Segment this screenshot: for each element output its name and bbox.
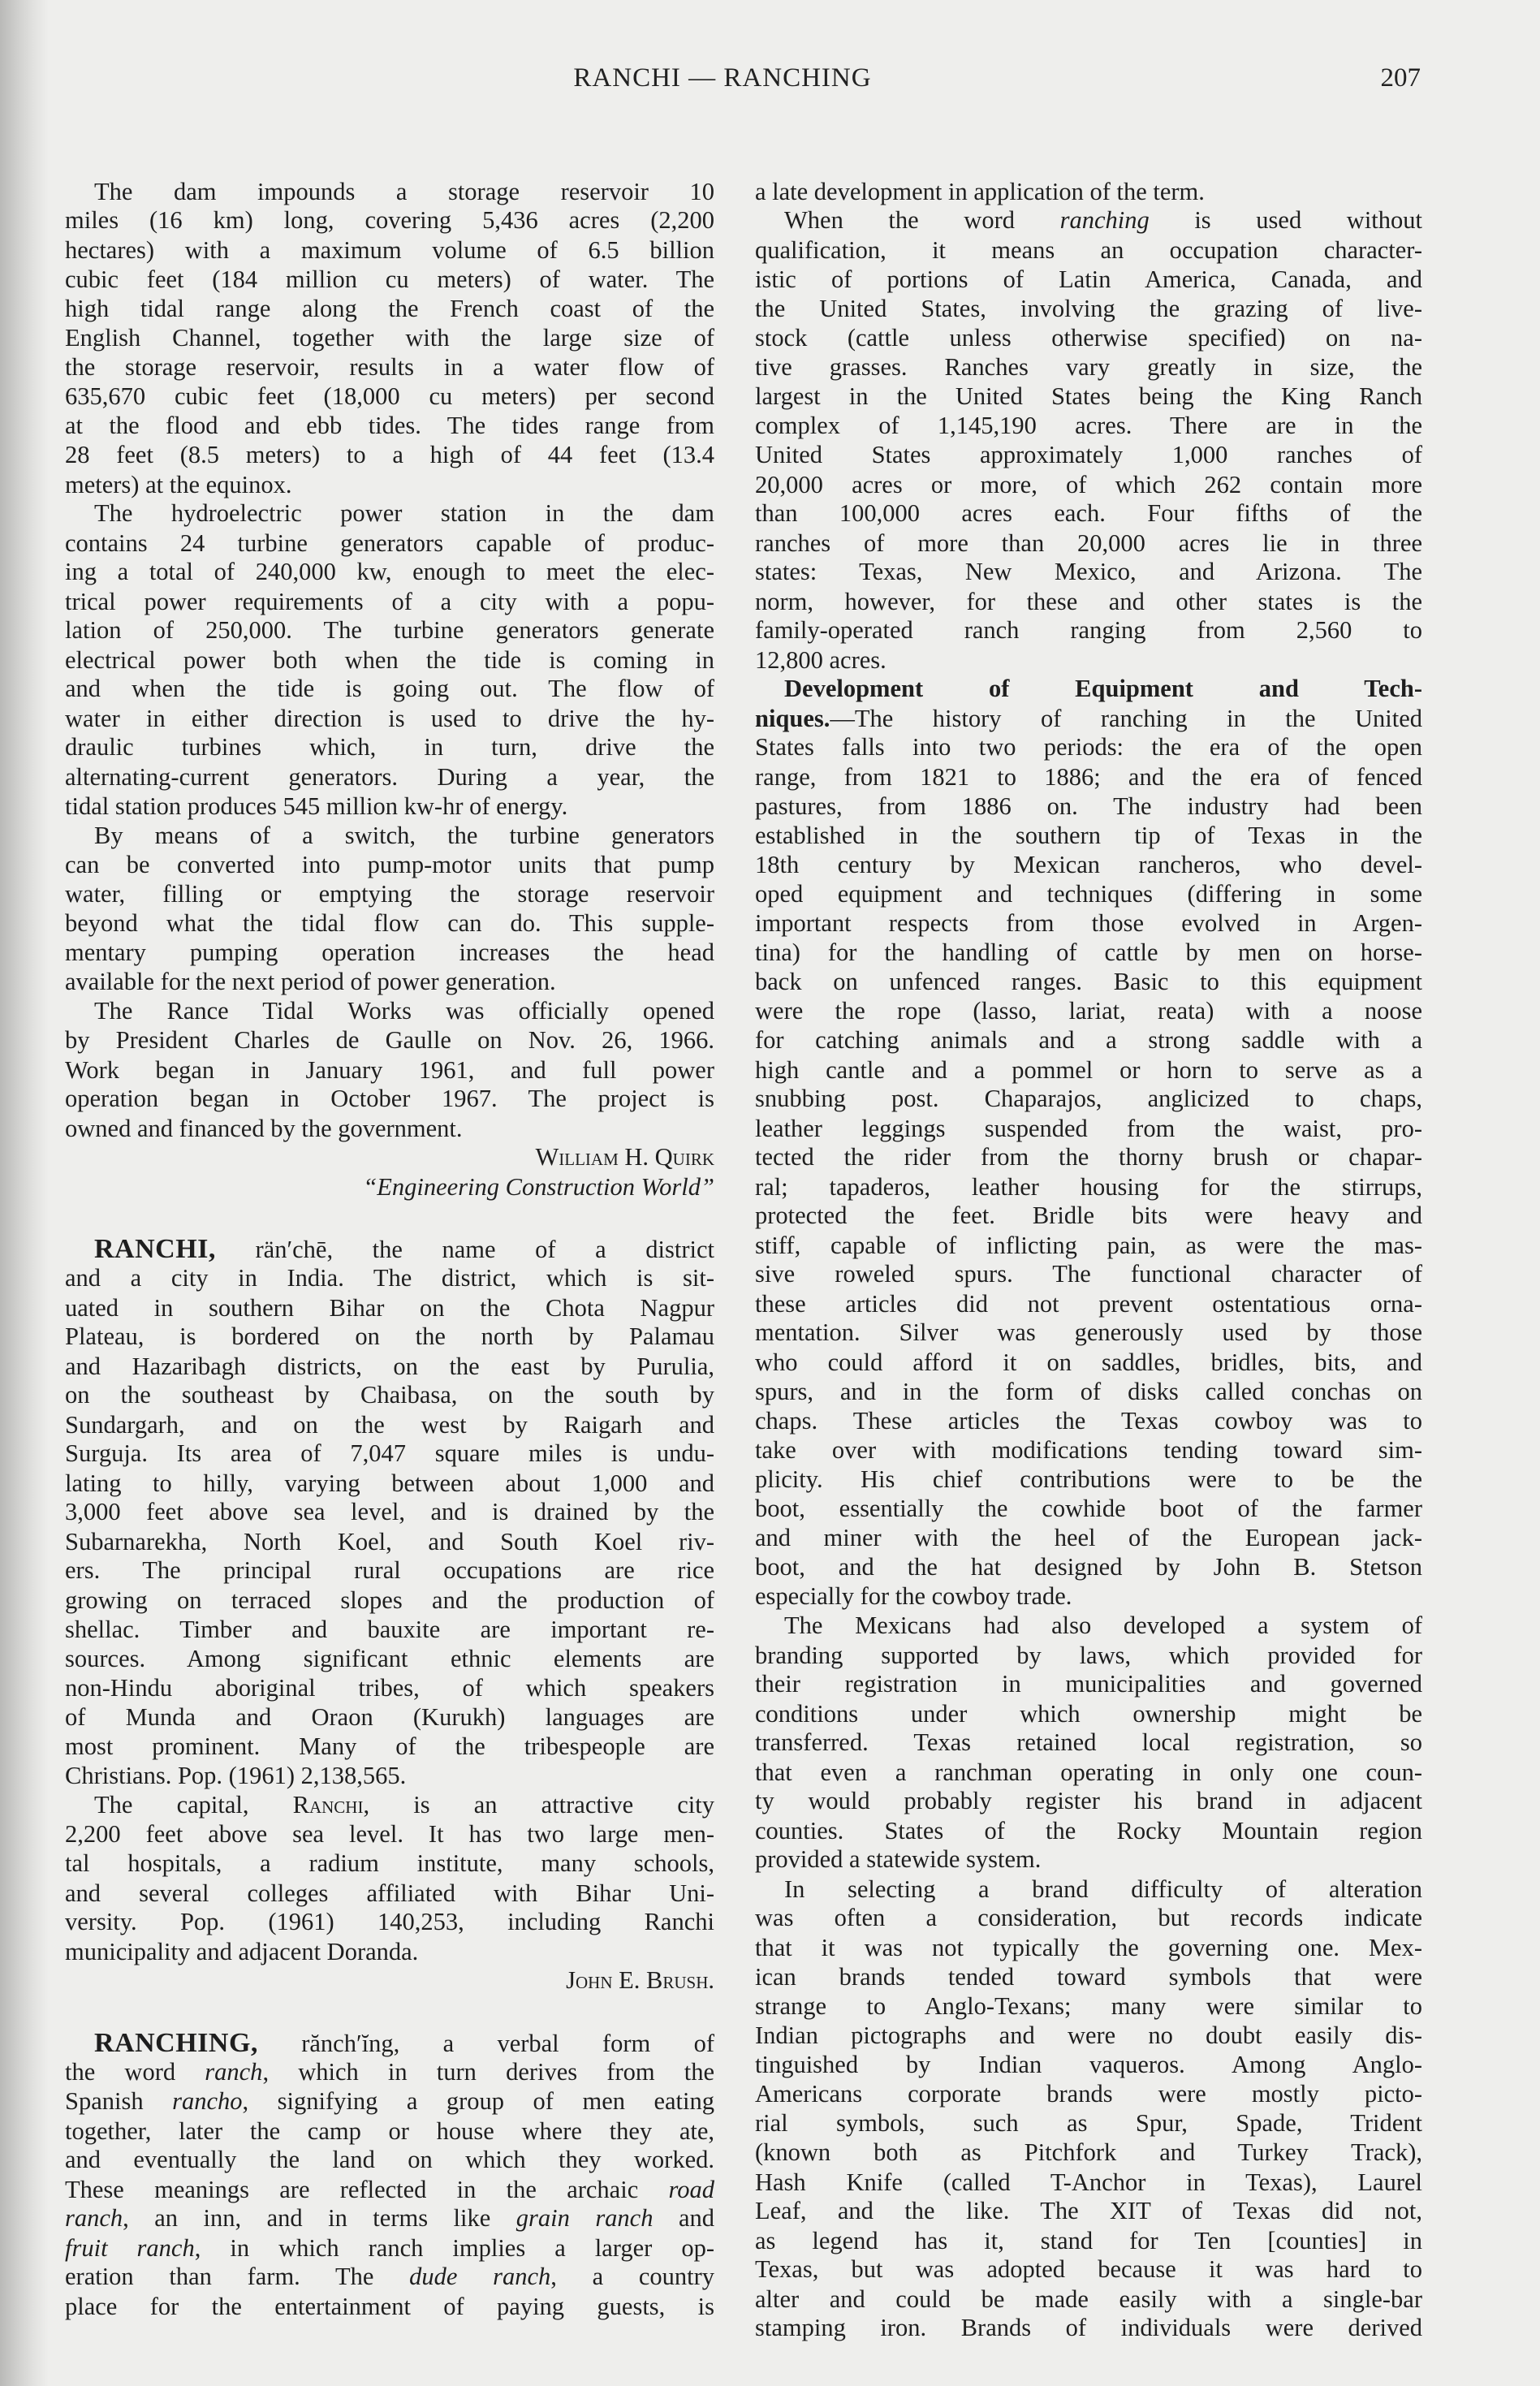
text-run: strange to Anglo-Texans; many were simil… bbox=[755, 1992, 1422, 2020]
text-run: branding supported by laws, which provid… bbox=[755, 1642, 1422, 1669]
tidal-works-line: high tidal range along the French coast … bbox=[65, 296, 714, 322]
ranching-line: ty would probably register his brand in … bbox=[755, 1788, 1422, 1814]
ranching-line: the United States, involving the grazing… bbox=[755, 296, 1422, 322]
ranching-headword: RANCHING, bbox=[94, 2028, 258, 2058]
text-run: —The history of ranching in the United bbox=[830, 705, 1422, 732]
ranching-line: boot, and the hat designed by John B. St… bbox=[755, 1555, 1422, 1581]
ranchi-line: Surguja. Its area of 7,047 square miles … bbox=[65, 1441, 714, 1467]
text-run: 12,800 acres. bbox=[755, 646, 886, 674]
text-run: , which in turn derives from the bbox=[262, 2058, 714, 2086]
subheading-development-equipment: niques. bbox=[755, 705, 830, 732]
text-run: , a country bbox=[550, 2263, 714, 2290]
ranching-line: ranch, an inn, and in terms like grain r… bbox=[65, 2206, 714, 2232]
ranching-line: States falls into two periods: the era o… bbox=[755, 735, 1422, 761]
tidal-works-line: beyond what the tidal flow can do. This … bbox=[65, 911, 714, 937]
author-name: William H. Quirk bbox=[535, 1143, 714, 1171]
ranching-line: tected the rider from the thorny brush o… bbox=[755, 1145, 1422, 1171]
tidal-works-line: operation began in October 1967. The pro… bbox=[65, 1086, 714, 1112]
text-run: alter and could be made easily with a si… bbox=[755, 2285, 1422, 2313]
ranching-line: that it was not typically the governing … bbox=[755, 1935, 1422, 1961]
text-run: pastures, from 1886 on. The industry had… bbox=[755, 792, 1422, 820]
text-run: stock (cattle unless otherwise specified… bbox=[755, 324, 1422, 352]
text-run: , signifying a group of men eating bbox=[243, 2087, 714, 2115]
text-run: that it was not typically the governing … bbox=[755, 1934, 1422, 1961]
ranchi-capital-line: municipality and adjacent Doranda. bbox=[65, 1939, 714, 1965]
author-signature-brush: John E. Brush. bbox=[65, 1968, 714, 1994]
ranching-line: (known both as Pitchfork and Turkey Trac… bbox=[755, 2140, 1422, 2166]
ranching-line: 12,800 acres. bbox=[755, 648, 1422, 674]
text-run: tinguished by Indian vaqueros. Among Ang… bbox=[755, 2051, 1422, 2078]
ranching-line: boot, essentially the cowhide boot of th… bbox=[755, 1496, 1422, 1522]
tidal-works-line: at the flood and ebb tides. The tides ra… bbox=[65, 413, 714, 439]
tidal-works-line: hectares) with a maximum volume of 6.5 b… bbox=[65, 238, 714, 264]
ranching-line: The Mexicans had also developed a system… bbox=[755, 1613, 1422, 1639]
ranching-line: range, from 1821 to 1886; and the era of… bbox=[755, 765, 1422, 791]
text-run: The capital, bbox=[94, 1791, 293, 1819]
text-run: Indian pictographs and were no doubt eas… bbox=[755, 2021, 1422, 2049]
text-run: who could afford it on saddles, bridles,… bbox=[755, 1348, 1422, 1376]
text-run: spurs, and in the form of disks called c… bbox=[755, 1378, 1422, 1405]
ranchi-line: and a city in India. The district, which… bbox=[65, 1266, 714, 1292]
source-title: “Engineering Construction World” bbox=[363, 1173, 714, 1201]
ranching-line: important respects from those evolved in… bbox=[755, 911, 1422, 937]
ranching-line: than 100,000 acres each. Four fifths of … bbox=[755, 501, 1422, 527]
ranching-line: branding supported by laws, which provid… bbox=[755, 1643, 1422, 1669]
city-name-smallcaps: Ranchi, bbox=[293, 1791, 369, 1819]
text-run: tive grasses. Ranches vary greatly in si… bbox=[755, 353, 1422, 381]
ranching-line: tinguished by Indian vaqueros. Among Ang… bbox=[755, 2052, 1422, 2078]
ranchi-line: uated in southern Bihar on the Chota Nag… bbox=[65, 1296, 714, 1322]
tidal-works-line: By means of a switch, the turbine genera… bbox=[65, 823, 714, 849]
text-run: Hash Knife (called T-Anchor in Texas), L… bbox=[755, 2168, 1422, 2196]
tidal-works-line: the storage reservoir, results in a wate… bbox=[65, 355, 714, 381]
text-run: and miner with the heel of the European … bbox=[755, 1524, 1422, 1551]
ranchi-line: Sundargarh, and on the west by Raigarh a… bbox=[65, 1413, 714, 1439]
text-run: were the rope (lasso, lariat, reata) wit… bbox=[755, 997, 1422, 1025]
ranchi-capital-line: versity. Pop. (1961) 140,253, including … bbox=[65, 1909, 714, 1935]
text-run: grain ranch bbox=[516, 2204, 654, 2232]
text-run: that even a ranchman operating in only o… bbox=[755, 1758, 1422, 1786]
text-run: dude ranch bbox=[409, 2263, 550, 2290]
tidal-works-line: can be converted into pump-motor units t… bbox=[65, 852, 714, 878]
text-run: stamping iron. Brands of individuals wer… bbox=[755, 2314, 1422, 2341]
ranching-line: Spanish rancho, signifying a group of me… bbox=[65, 2089, 714, 2115]
ranching-line: was often a consideration, but records i… bbox=[755, 1905, 1422, 1931]
tidal-works-line: electrical power both when the tide is c… bbox=[65, 648, 714, 674]
author-signature-quirk: William H. Quirk bbox=[65, 1145, 714, 1171]
section-subheading-line: Development of Equipment and Tech- bbox=[755, 676, 1422, 702]
tidal-works-line: 28 feet (8.5 meters) to a high of 44 fee… bbox=[65, 442, 714, 468]
ranchi-capital-line: 2,200 feet above sea level. It has two l… bbox=[65, 1822, 714, 1848]
tidal-works-line: by President Charles de Gaulle on Nov. 2… bbox=[65, 1028, 714, 1054]
text-run: is an attractive city bbox=[369, 1791, 714, 1819]
ranching-line: leather leggings suspended from the wais… bbox=[755, 1116, 1422, 1142]
ranchi-line: 3,000 feet above sea level, and is drain… bbox=[65, 1499, 714, 1525]
ranching-line: and eventually the land on which they wo… bbox=[65, 2147, 714, 2173]
text-run: counties. States of the Rocky Mountain r… bbox=[755, 1817, 1422, 1845]
text-run: Texas, but was adopted because it was ha… bbox=[755, 2255, 1422, 2283]
ranching-line: Americans corporate brands were mostly p… bbox=[755, 2082, 1422, 2108]
ranchi-line: sources. Among significant ethnic elemen… bbox=[65, 1646, 714, 1672]
text-run: ican brands tended toward symbols that w… bbox=[755, 1963, 1422, 1991]
ranching-line: especially for the cowboy trade. bbox=[755, 1584, 1422, 1610]
ranching-line: oped equipment and techniques (differing… bbox=[755, 882, 1422, 908]
ranching-line: back on unfenced ranges. Basic to this e… bbox=[755, 969, 1422, 995]
tidal-works-line: Work began in January 1961, and full pow… bbox=[65, 1058, 714, 1084]
text-run: stiff, capable of inflicting pain, as we… bbox=[755, 1232, 1422, 1259]
tidal-works-line: owned and financed by the government. bbox=[65, 1116, 714, 1142]
text-run: , an inn, and in terms like bbox=[123, 2204, 516, 2232]
text-run: road bbox=[669, 2176, 715, 2203]
ranching-line: established in the southern tip of Texas… bbox=[755, 823, 1422, 849]
text-run: especially for the cowboy trade. bbox=[755, 1582, 1072, 1610]
text-run: In selecting a brand difficulty of alter… bbox=[784, 1875, 1422, 1903]
ranchi-line: Plateau, is bordered on the north by Pal… bbox=[65, 1324, 714, 1350]
text-run: largest in the United States being the K… bbox=[755, 382, 1422, 410]
text-run: , in which ranch implies a larger op- bbox=[195, 2234, 714, 2262]
text-run: istic of portions of Latin America, Cana… bbox=[755, 265, 1422, 293]
text-run: 20,000 acres or more, of which 262 conta… bbox=[755, 471, 1422, 498]
tidal-works-line: English Channel, together with the large… bbox=[65, 326, 714, 352]
tidal-works-line: contains 24 turbine generators capable o… bbox=[65, 531, 714, 557]
text-run: back on unfenced ranges. Basic to this e… bbox=[755, 968, 1422, 995]
ranching-line: the word ranch, which in turn derives fr… bbox=[65, 2060, 714, 2086]
tidal-works-line: lation of 250,000. The turbine generator… bbox=[65, 618, 714, 644]
ranching-line: pastures, from 1886 on. The industry had… bbox=[755, 794, 1422, 820]
ranching-line: conditions under which ownership might b… bbox=[755, 1702, 1422, 1728]
text-run: high cantle and a pommel or horn to serv… bbox=[755, 1056, 1422, 1084]
text-run: for catching animals and a strong saddle… bbox=[755, 1026, 1422, 1054]
text-run: conditions under which ownership might b… bbox=[755, 1700, 1422, 1728]
text-run: ty would probably register his brand in … bbox=[755, 1787, 1422, 1814]
text-run: leather leggings suspended from the wais… bbox=[755, 1115, 1422, 1142]
text-run: United States approximately 1,000 ranche… bbox=[755, 441, 1422, 468]
ranching-line: Texas, but was adopted because it was ha… bbox=[755, 2257, 1422, 2283]
text-run: family-operated ranch ranging from 2,560… bbox=[755, 616, 1422, 644]
text-run: a late development in application of the… bbox=[755, 178, 1205, 205]
ranchi-line: Christians. Pop. (1961) 2,138,565. bbox=[65, 1763, 714, 1789]
tidal-works-line: water in either direction is used to dri… bbox=[65, 706, 714, 732]
ranching-line: family-operated ranch ranging from 2,560… bbox=[755, 618, 1422, 644]
ranchi-line: shellac. Timber and bauxite are importan… bbox=[65, 1617, 714, 1643]
text-run: sive roweled spurs. The functional chara… bbox=[755, 1260, 1422, 1288]
ranching-line: rial symbols, such as Spur, Spade, Tride… bbox=[755, 2111, 1422, 2137]
text-run: mentation. Silver was generously used by… bbox=[755, 1318, 1422, 1346]
text-run: important respects from those evolved in… bbox=[755, 909, 1422, 937]
ranching-line: 18th century by Mexican rancheros, who d… bbox=[755, 852, 1422, 878]
text-run: provided a statewide system. bbox=[755, 1845, 1041, 1873]
text-run: the word bbox=[65, 2058, 205, 2086]
text-run: oped equipment and techniques (differing… bbox=[755, 880, 1422, 908]
text-run: is used without bbox=[1150, 206, 1422, 234]
tidal-works-line: The dam impounds a storage reservoir 10 bbox=[65, 179, 714, 205]
section-subheading-line: niques.—The history of ranching in the U… bbox=[755, 706, 1422, 732]
text-run: transferred. Texas retained local regist… bbox=[755, 1728, 1422, 1756]
ranching-line: together, later the camp or house where … bbox=[65, 2119, 714, 2145]
text-run: chaps. These articles the Texas cowboy w… bbox=[755, 1407, 1422, 1435]
ranchi-line: non-Hindu aboriginal tribes, of which sp… bbox=[65, 1676, 714, 1702]
ranchi-capital-line: and several colleges affiliated with Bih… bbox=[65, 1881, 714, 1907]
text-run: When the word bbox=[784, 206, 1060, 234]
text-run: take over with modifications tending tow… bbox=[755, 1436, 1422, 1464]
binding-shadow bbox=[0, 0, 49, 2386]
tidal-works-line: water, filling or emptying the storage r… bbox=[65, 882, 714, 908]
text-run: established in the southern tip of Texas… bbox=[755, 822, 1422, 849]
ranching-line: strange to Anglo-Texans; many were simil… bbox=[755, 1994, 1422, 2020]
ranching-line: When the word ranching is used without bbox=[755, 208, 1422, 234]
subheading-development-equipment: Development of Equipment and Tech- bbox=[784, 675, 1422, 702]
ranchi-headword: RANCHI, bbox=[94, 1234, 216, 1264]
tidal-works-line: miles (16 km) long, covering 5,436 acres… bbox=[65, 208, 714, 234]
ranching-line: eration than farm. The dude ranch, a cou… bbox=[65, 2264, 714, 2290]
ranchi-line: of Munda and Oraon (Kurukh) languages ar… bbox=[65, 1705, 714, 1731]
text-run: snubbing post. Chaparajos, anglicized to… bbox=[755, 1085, 1422, 1112]
ranching-line: qualification, it means an occupation ch… bbox=[755, 238, 1422, 264]
text-run: range, from 1821 to 1886; and the era of… bbox=[755, 763, 1422, 791]
ranching-line: who could afford it on saddles, bridles,… bbox=[755, 1350, 1422, 1376]
ranching-line: ral; tapaderos, leather housing for the … bbox=[755, 1175, 1422, 1201]
ranchi-line: lating to hilly, varying between about 1… bbox=[65, 1471, 714, 1497]
tidal-works-line: alternating-current generators. During a… bbox=[65, 765, 714, 791]
ranching-line: chaps. These articles the Texas cowboy w… bbox=[755, 1409, 1422, 1435]
ranching-line: Indian pictographs and were no doubt eas… bbox=[755, 2023, 1422, 2049]
tidal-works-line: meters) at the equinox. bbox=[65, 472, 714, 498]
ranching-line: as legend has it, stand for Ten [countie… bbox=[755, 2229, 1422, 2254]
text-run: protected the feet. Bridle bits were hea… bbox=[755, 1202, 1422, 1229]
text-run: ral; tapaderos, leather housing for the … bbox=[755, 1173, 1422, 1201]
ranching-line: tive grasses. Ranches vary greatly in si… bbox=[755, 355, 1422, 381]
ranching-line: and miner with the heel of the European … bbox=[755, 1525, 1422, 1551]
tidal-works-line: draulic turbines which, in turn, drive t… bbox=[65, 735, 714, 761]
ranching-line: stamping iron. Brands of individuals wer… bbox=[755, 2315, 1422, 2341]
ranching-pronunciation: rănch′ĭng, bbox=[258, 2030, 443, 2057]
tidal-works-line: cubic feet (184 million cu meters) of wa… bbox=[65, 267, 714, 293]
ranching-line: counties. States of the Rocky Mountain r… bbox=[755, 1819, 1422, 1845]
text-run: their registration in municipalities and… bbox=[755, 1670, 1422, 1698]
ranching-line: protected the feet. Bridle bits were hea… bbox=[755, 1203, 1422, 1229]
ranching-line: high cantle and a pommel or horn to serv… bbox=[755, 1058, 1422, 1084]
page-number: 207 bbox=[1348, 63, 1421, 93]
text-run: boot, essentially the cowhide boot of th… bbox=[755, 1495, 1422, 1522]
ranchi-pronunciation: rän′chē, bbox=[216, 1236, 373, 1263]
text-run: The Mexicans had also developed a system… bbox=[784, 1612, 1422, 1639]
text-run: norm, however, for these and other state… bbox=[755, 588, 1422, 615]
text-run: States falls into two periods: the era o… bbox=[755, 733, 1422, 761]
text-run: rial symbols, such as Spur, Spade, Tride… bbox=[755, 2109, 1422, 2137]
author-name: John E. Brush. bbox=[566, 1966, 714, 1994]
text-run: and eventually the land on which they wo… bbox=[65, 2146, 714, 2173]
tidal-works-line: and when the tide is going out. The flow… bbox=[65, 676, 714, 702]
tidal-works-line: trical power requirements of a city with… bbox=[65, 589, 714, 615]
ranching-line: United States approximately 1,000 ranche… bbox=[755, 442, 1422, 468]
text-run: and bbox=[653, 2204, 714, 2232]
ranching-line: Leaf, and the like. The XIT of Texas did… bbox=[755, 2198, 1422, 2224]
ranchi-line: on the southeast by Chaibasa, on the sou… bbox=[65, 1383, 714, 1409]
ranching-line: istic of portions of Latin America, Cana… bbox=[755, 267, 1422, 293]
tidal-works-line: The hydroelectric power station in the d… bbox=[65, 501, 714, 527]
text-run: ranch bbox=[65, 2204, 123, 2232]
tidal-works-line: available for the next period of power g… bbox=[65, 969, 714, 995]
text-run: 18th century by Mexican rancheros, who d… bbox=[755, 851, 1422, 878]
ranching-line: ranches of more than 20,000 acres lie in… bbox=[755, 531, 1422, 557]
ranching-line: spurs, and in the form of disks called c… bbox=[755, 1379, 1422, 1405]
tidal-works-line: mentary pumping operation increases the … bbox=[65, 940, 714, 966]
text-run: states: Texas, New Mexico, and Arizona. … bbox=[755, 558, 1422, 585]
ranching-line: sive roweled spurs. The functional chara… bbox=[755, 1262, 1422, 1288]
text-run: Leaf, and the like. The XIT of Texas did… bbox=[755, 2197, 1422, 2224]
text-run: ranching bbox=[1060, 206, 1150, 234]
ranching-line: take over with modifications tending tow… bbox=[755, 1438, 1422, 1464]
ranching-line: complex of 1,145,190 acres. There are in… bbox=[755, 413, 1422, 439]
text-run: tina) for the handling of cattle by men … bbox=[755, 938, 1422, 966]
ranchi-line: ers. The principal rural occupations are… bbox=[65, 1558, 714, 1584]
text-run: the United States, involving the grazing… bbox=[755, 295, 1422, 322]
ranchi-line: and Hazaribagh districts, on the east by… bbox=[65, 1354, 714, 1380]
tidal-works-line: 635,670 cubic feet (18,000 cu meters) pe… bbox=[65, 384, 714, 410]
running-head: RANCHI — RANCHING bbox=[455, 63, 990, 93]
ranchi-capital-first-line: The capital, Ranchi, is an attractive ci… bbox=[65, 1793, 714, 1819]
text-run: rancho bbox=[172, 2087, 242, 2115]
ranching-line: plicity. His chief contributions were to… bbox=[755, 1467, 1422, 1493]
text-run: plicity. His chief contributions were to… bbox=[755, 1465, 1422, 1493]
text-run: than 100,000 acres each. Four fifths of … bbox=[755, 499, 1422, 527]
text-run: These meanings are reflected in the arch… bbox=[65, 2176, 669, 2203]
text-run: qualification, it means an occupation ch… bbox=[755, 236, 1422, 264]
ranchi-capital-line: tal hospitals, a radium institute, many … bbox=[65, 1851, 714, 1877]
text-run: the name of a district bbox=[373, 1236, 714, 1263]
ranchi-line: growing on terraced slopes and the produ… bbox=[65, 1588, 714, 1614]
ranching-line: mentation. Silver was generously used by… bbox=[755, 1320, 1422, 1346]
text-run: (known both as Pitchfork and Turkey Trac… bbox=[755, 2138, 1422, 2166]
source-citation: “Engineering Construction World” bbox=[65, 1175, 714, 1201]
ranchi-line: most prominent. Many of the tribespeople… bbox=[65, 1734, 714, 1760]
ranching-line: largest in the United States being the K… bbox=[755, 384, 1422, 410]
text-run: these articles did not prevent ostentati… bbox=[755, 1290, 1422, 1318]
text-run: was often a consideration, but records i… bbox=[755, 1904, 1422, 1931]
ranching-line: provided a statewide system. bbox=[755, 1847, 1422, 1873]
text-run: ranches of more than 20,000 acres lie in… bbox=[755, 529, 1422, 557]
text-run: tected the rider from the thorny brush o… bbox=[755, 1143, 1422, 1171]
tidal-works-line: tidal station produces 545 million kw-hr… bbox=[65, 794, 714, 820]
tidal-works-line: ing a total of 240,000 kw, enough to mee… bbox=[65, 559, 714, 585]
ranching-line: In selecting a brand difficulty of alter… bbox=[755, 1877, 1422, 1903]
ranching-line: snubbing post. Chaparajos, anglicized to… bbox=[755, 1086, 1422, 1112]
ranching-line: Hash Knife (called T-Anchor in Texas), L… bbox=[755, 2170, 1422, 2196]
ranching-line: states: Texas, New Mexico, and Arizona. … bbox=[755, 559, 1422, 585]
ranchi-line: Subarnarekha, North Koel, and South Koel… bbox=[65, 1530, 714, 1555]
text-run: as legend has it, stand for Ten [countie… bbox=[755, 2227, 1422, 2254]
text-run: together, later the camp or house where … bbox=[65, 2117, 714, 2145]
ranching-line: stock (cattle unless otherwise specified… bbox=[755, 326, 1422, 352]
ranching-line: these articles did not prevent ostentati… bbox=[755, 1292, 1422, 1318]
ranching-line: a late development in application of the… bbox=[755, 179, 1422, 205]
text-run: eration than farm. The bbox=[65, 2263, 409, 2290]
ranching-line: ican brands tended toward symbols that w… bbox=[755, 1965, 1422, 1991]
ranching-line: 20,000 acres or more, of which 262 conta… bbox=[755, 472, 1422, 498]
ranching-line: for catching animals and a strong saddle… bbox=[755, 1028, 1422, 1054]
ranching-line: place for the entertainment of paying gu… bbox=[65, 2294, 714, 2320]
ranching-line: stiff, capable of inflicting pain, as we… bbox=[755, 1233, 1422, 1259]
text-run: a verbal form of bbox=[443, 2030, 714, 2057]
ranching-line: fruit ranch, in which ranch implies a la… bbox=[65, 2236, 714, 2262]
ranching-line: alter and could be made easily with a si… bbox=[755, 2287, 1422, 2313]
text-run: fruit ranch bbox=[65, 2234, 195, 2262]
ranching-line: were the rope (lasso, lariat, reata) wit… bbox=[755, 999, 1422, 1025]
text-run: ranch bbox=[205, 2058, 262, 2086]
ranching-line: their registration in municipalities and… bbox=[755, 1672, 1422, 1698]
ranching-line: norm, however, for these and other state… bbox=[755, 589, 1422, 615]
text-run: complex of 1,145,190 acres. There are in… bbox=[755, 412, 1422, 439]
text-run: Spanish bbox=[65, 2087, 172, 2115]
ranching-line: These meanings are reflected in the arch… bbox=[65, 2177, 714, 2203]
ranching-line: that even a ranchman operating in only o… bbox=[755, 1760, 1422, 1786]
tidal-works-line: The Rance Tidal Works was officially ope… bbox=[65, 999, 714, 1025]
ranching-line: transferred. Texas retained local regist… bbox=[755, 1730, 1422, 1756]
ranching-line: tina) for the handling of cattle by men … bbox=[755, 940, 1422, 966]
text-run: Americans corporate brands were mostly p… bbox=[755, 2080, 1422, 2108]
text-run: place for the entertainment of paying gu… bbox=[65, 2293, 714, 2320]
text-run: boot, and the hat designed by John B. St… bbox=[755, 1553, 1422, 1581]
